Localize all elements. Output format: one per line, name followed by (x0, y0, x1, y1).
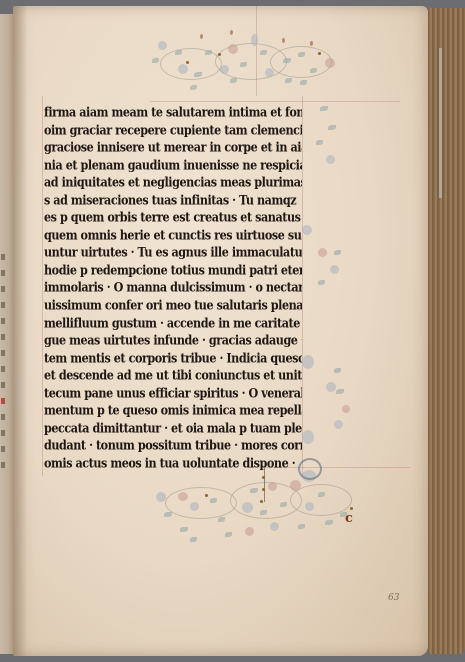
vine-dot (262, 488, 265, 491)
top-foliate-border (140, 28, 350, 98)
margin-mark-c: c (345, 511, 353, 526)
main-text-block: firma aiam meam te salutarem intima et f… (44, 104, 302, 472)
text-line: omis actus meos in tua uoluntate dispone… (44, 453, 302, 474)
right-foliate-border (298, 100, 348, 480)
ruling-line-left (42, 96, 43, 476)
facing-page-text-fragments (1, 254, 7, 484)
vine-dot (262, 476, 265, 479)
gutter-shadow (13, 6, 27, 656)
bottom-foliate-border (150, 472, 365, 542)
folio-number: 63 (388, 593, 399, 603)
bookmark-ribbon (439, 48, 442, 198)
book-fore-edge (428, 8, 465, 654)
